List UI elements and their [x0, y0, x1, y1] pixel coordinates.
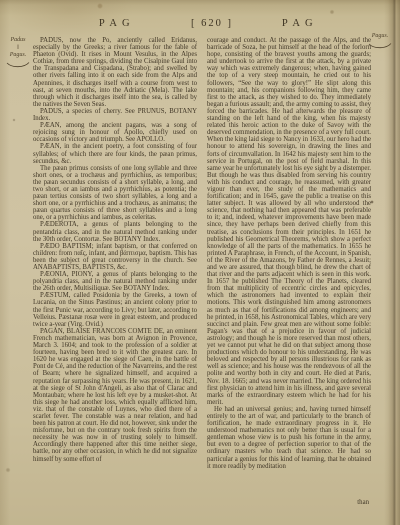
entry-paragraph: PAGAN, BLAISE FRANCOIS COMTE DE, an emin… [33, 328, 197, 463]
entry-paragraph: PÆDEROTA, a genus of plants belonging to… [33, 221, 197, 242]
left-column: PADUS, now the Po, anciently called Erid… [33, 37, 197, 515]
margin-note: Pagus. [2, 52, 34, 60]
entry-paragraph: The pæan primus consists of one long syl… [33, 165, 197, 222]
margin-note: ‖ [2, 45, 34, 53]
entry-paragraph: PÆAN, among the ancient pagans, was a so… [33, 122, 197, 143]
entry-paragraph: PÆSTUM, called Posidonia by the Greeks, … [33, 292, 197, 327]
page-edge-shadow [384, 0, 400, 525]
running-head-left: P A G [60, 18, 170, 32]
entry-paragraph: PADUS, now the Po, anciently called Erid… [33, 37, 197, 108]
entry-paragraph: He had an universal genius; and, having … [207, 406, 371, 470]
entry-paragraph: courage and conduct. At the passage of t… [207, 37, 371, 406]
scanned-book-page: P A G [ 620 ] P A G Padus‖Pagus. Pagus. … [0, 0, 400, 525]
text-body: PADUS, now the Po, anciently called Erid… [33, 37, 371, 515]
margin-note: Padus [2, 37, 34, 45]
margin-note-words: Padus‖Pagus. [2, 37, 34, 60]
entry-paragraph: PÆAN, in the ancient poetry, a foot cons… [33, 143, 197, 164]
right-column: courage and conduct. At the passage of t… [207, 37, 371, 515]
entry-paragraph: PÆDO BAPTISM; infant baptism, or that co… [33, 243, 197, 271]
entry-paragraph: PÆONIA, PIONY, a genus of plants belongi… [33, 271, 197, 292]
entry-paragraph: PADUS, a species of cherry. See PRUNUS, … [33, 108, 197, 122]
running-head-right: P A G [244, 18, 352, 32]
margin-notes-left: Padus‖Pagus. [2, 37, 34, 68]
flourish-mark [6, 61, 30, 68]
catchword: than [207, 499, 369, 506]
